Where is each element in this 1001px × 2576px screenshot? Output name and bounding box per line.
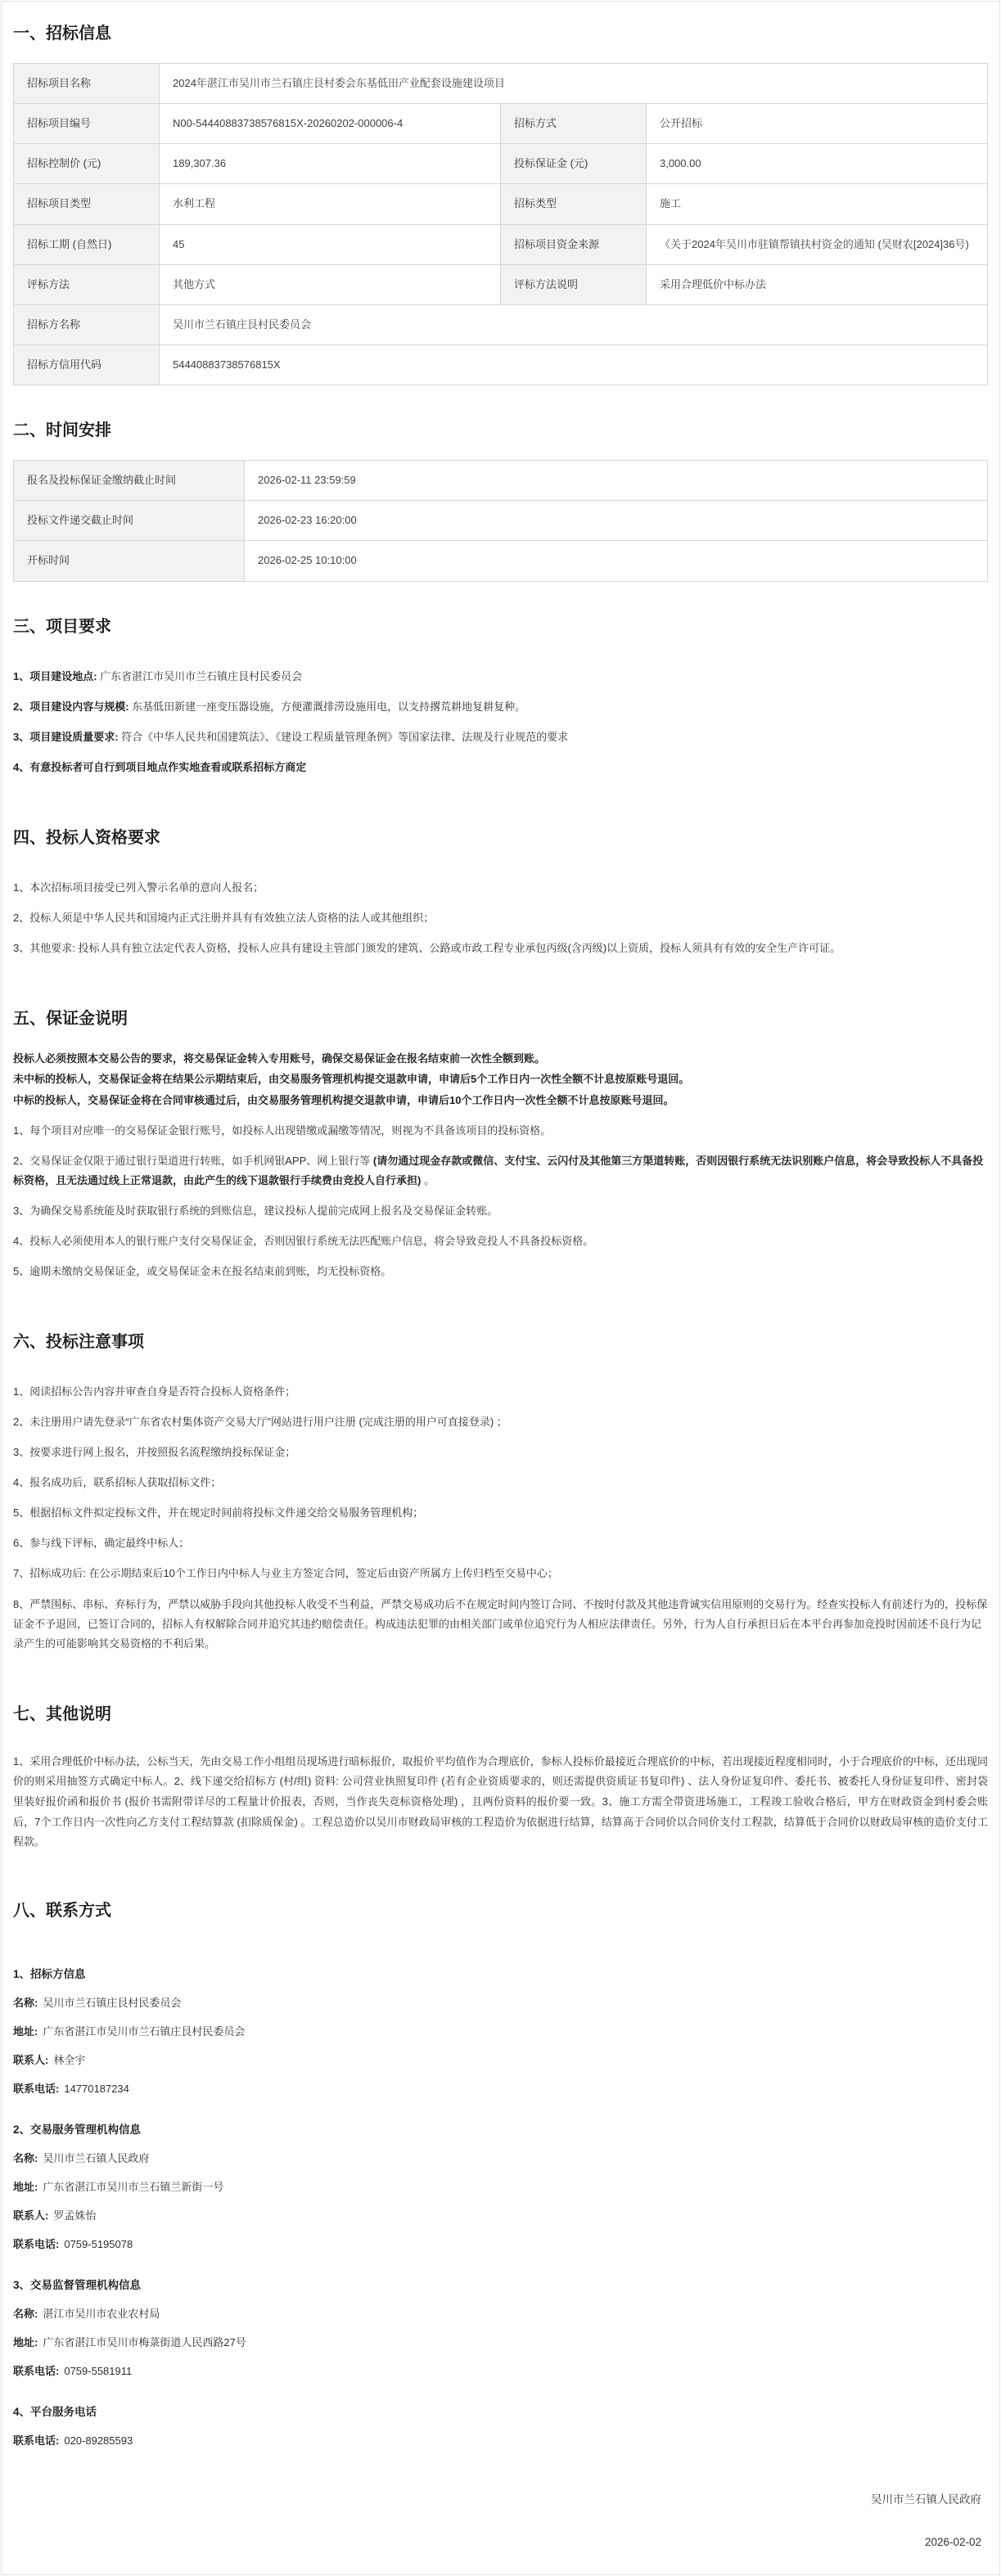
tender-announcement-page: 一、招标信息 招标项目名称 2024年湛江市吴川市兰石镇庄艮村委会东基低田产业配…	[1, 1, 1000, 2575]
field-value: 14770187234	[64, 2083, 129, 2095]
field-value: 吴川市兰石镇人民政府	[43, 2152, 149, 2164]
list-item: 3、按要求进行网上报名，并按照报名流程缴纳投标保证金；	[13, 1443, 988, 1462]
contact-block-heading: 4、平台服务电话	[13, 2403, 988, 2419]
row-value: 45	[160, 224, 501, 264]
field-value: 湛江市吴川市农业农村局	[43, 2308, 160, 2320]
contact-field: 地址:广东省湛江市吴川市兰石镇兰新街一号	[13, 2178, 988, 2194]
row-value: 2024年湛江市吴川市兰石镇庄艮村委会东基低田产业配套设施建设项目	[160, 64, 988, 104]
field-value: 020-89285593	[64, 2434, 133, 2447]
list-item: 1、阅读招标公告内容并审查自身是否符合投标人资格条件；	[13, 1382, 988, 1402]
list-item: 8、严禁围标、串标、弃标行为，严禁以威胁手段向其他投标人收受不当利益，严禁交易成…	[13, 1595, 988, 1654]
list-item: 3、其他要求: 投标人具有独立法定代表人资格，投标人应具有建设主管部门颁发的建筑…	[13, 939, 988, 958]
row-value: 吴川市兰石镇庄艮村民委员会	[160, 304, 988, 345]
contact-field: 联系电话:0759-5195078	[13, 2236, 988, 2251]
field-label: 联系电话:	[13, 2238, 59, 2250]
row-value: 2026-02-23 16:20:00	[245, 501, 988, 541]
list-item: 6、参与线下评标，确定最终中标人；	[13, 1533, 988, 1553]
row-label: 开标时间	[14, 541, 245, 581]
deposit-intro-line: 投标人必须按照本交易公告的要求，将交易保证金转入专用账号，确保交易保证金在报名结…	[13, 1048, 988, 1069]
contact-field: 联系电话:020-89285593	[13, 2432, 988, 2448]
item-text: 符合《中华人民共和国建筑法》、《建设工程质量管理条例》等国家法律、法规及行业规范…	[121, 731, 568, 743]
contact-field: 地址:广东省湛江市吴川市兰石镇庄艮村民委员会	[13, 2023, 988, 2038]
field-value: 吴川市兰石镇庄艮村民委员会	[43, 1997, 181, 2009]
section-title-other: 七、其他说明	[13, 1700, 988, 1724]
item-lead: 1、项目建设地点:	[13, 670, 100, 682]
contact-field: 名称:吴川市兰石镇人民政府	[13, 2150, 988, 2165]
field-value: 林全宇	[53, 2054, 85, 2066]
list-item: 4、投标人必须使用本人的银行账户支付交易保证金，否则因银行系统无法匹配账户信息，…	[13, 1232, 988, 1251]
row-value: 采用合理低价中标办法	[647, 264, 988, 304]
field-label: 联系电话:	[13, 2365, 59, 2377]
item-lead: 2、项目建设内容与规模:	[13, 700, 132, 713]
row-label: 评标方法说明	[501, 264, 647, 304]
contact-field: 地址:广东省湛江市吴川市梅菉街道人民西路27号	[13, 2334, 988, 2349]
footer-org: 吴川市兰石镇人民政府	[13, 2490, 981, 2506]
table-row: 投标文件递交截止时间 2026-02-23 16:20:00	[14, 501, 988, 541]
footer-date: 2026-02-02	[13, 2536, 981, 2548]
row-label: 招标项目类型	[14, 184, 160, 224]
deposit-section: 投标人必须按照本交易公告的要求，将交易保证金转入专用账号，确保交易保证金在报名结…	[13, 1048, 988, 1292]
list-item: 4、报名成功后，联系招标人获取招标文件；	[13, 1473, 988, 1493]
contact-field: 联系电话:0759-5581911	[13, 2362, 988, 2378]
section-title-bidding-notes: 六、投标注意事项	[13, 1328, 988, 1352]
row-label: 招标方式	[501, 104, 647, 144]
table-row: 招标项目名称 2024年湛江市吴川市兰石镇庄艮村委会东基低田产业配套设施建设项目	[14, 64, 988, 104]
field-value: 0759-5195078	[64, 2238, 133, 2250]
list-item: 1、项目建设地点: 广东省湛江市吴川市兰石镇庄艮村民委员会	[13, 667, 988, 687]
deposit-list: 1、每个项目对应唯一的交易保证金银行账号，如投标人出现错缴或漏缴等情况，则视为不…	[13, 1121, 988, 1281]
item-lead: 4、有意投标者可自行到项目地点作实地查看或联系招标方商定	[13, 761, 306, 773]
row-label: 招标方名称	[14, 304, 160, 345]
row-label: 招标方信用代码	[14, 345, 160, 385]
list-item: 2、交易保证金仅限于通过银行渠道进行转账，如手机网银APP、网上银行等 (请勿通…	[13, 1151, 988, 1191]
schedule-table: 报名及投标保证金缴纳截止时间 2026-02-11 23:59:59 投标文件递…	[13, 460, 988, 581]
list-item: 2、未注册用户请先登录“广东省农村集体资产交易大厅”网站进行用户注册 (完成注册…	[13, 1412, 988, 1432]
row-label: 招标类型	[501, 184, 647, 224]
table-row: 报名及投标保证金缴纳截止时间 2026-02-11 23:59:59	[14, 461, 988, 501]
section-title-project-requirements: 三、项目要求	[13, 613, 988, 637]
field-label: 地址:	[13, 2025, 38, 2038]
row-label: 招标项目资金来源	[501, 224, 647, 264]
contact-block-tenderer: 1、招标方信息 名称:吴川市兰石镇庄艮村民委员会 地址:广东省湛江市吴川市兰石镇…	[13, 1965, 988, 2096]
row-label: 招标工期 (自然日)	[14, 224, 160, 264]
tender-info-table: 招标项目名称 2024年湛江市吴川市兰石镇庄艮村委会东基低田产业配套设施建设项目…	[13, 63, 988, 385]
field-label: 名称:	[13, 2308, 38, 2320]
section-title-contacts: 八、联系方式	[13, 1897, 988, 1921]
table-row: 招标方名称 吴川市兰石镇庄艮村民委员会	[14, 304, 988, 345]
page-footer: 吴川市兰石镇人民政府 2026-02-02	[13, 2466, 988, 2556]
item-lead: 3、项目建设质量要求:	[13, 731, 121, 743]
field-value: 广东省湛江市吴川市兰石镇庄艮村民委员会	[43, 2025, 245, 2038]
item-text: 东基低田新建一座变压器设施，方便灌溉排涝设施用电，以支持撂荒耕地复耕复种。	[132, 700, 525, 713]
project-requirements-list: 1、项目建设地点: 广东省湛江市吴川市兰石镇庄艮村民委员会 2、项目建设内容与规…	[13, 656, 988, 788]
table-row: 评标方法 其他方式 评标方法说明 采用合理低价中标办法	[14, 264, 988, 304]
row-value: 3,000.00	[647, 144, 988, 184]
section-title-schedule: 二、时间安排	[13, 417, 988, 440]
row-label: 投标文件递交截止时间	[14, 501, 245, 541]
section-title-deposit: 五、保证金说明	[13, 1005, 988, 1029]
row-value: N00-54440883738576815X-20260202-000006-4	[160, 104, 501, 144]
row-value: 施工	[647, 184, 988, 224]
item-text: 。	[424, 1174, 435, 1187]
contact-block-platform: 4、平台服务电话 联系电话:020-89285593	[13, 2403, 988, 2448]
field-value: 罗孟姝怡	[53, 2209, 96, 2222]
row-label: 招标项目编号	[14, 104, 160, 144]
item-text: 广东省湛江市吴川市兰石镇庄艮村民委员会	[100, 670, 302, 682]
other-section: 1、采用合理低价中标办法，公标当天，先由交易工作小组组员现场进行暗标报价，取报价…	[13, 1744, 988, 1861]
field-label: 地址:	[13, 2181, 38, 2193]
list-item: 4、有意投标者可自行到项目地点作实地查看或联系招标方商定	[13, 758, 988, 777]
row-value: 189,307.36	[160, 144, 501, 184]
contact-block-supervision: 3、交易监督管理机构信息 名称:湛江市吴川市农业农村局 地址:广东省湛江市吴川市…	[13, 2276, 988, 2378]
section-title-qualification: 四、投标人资格要求	[13, 824, 988, 848]
table-row: 招标控制价 (元) 189,307.36 投标保证金 (元) 3,000.00	[14, 144, 988, 184]
deposit-intro-line: 中标的投标人，交易保证金将在合同审核通过后，由交易服务管理机构提交退款申请，申请…	[13, 1090, 988, 1110]
field-label: 联系人:	[13, 2209, 48, 2222]
list-item: 2、投标人须是中华人民共和国境内正式注册并具有有效独立法人资格的法人或其他组织；	[13, 908, 988, 928]
contact-field: 联系人:林全宇	[13, 2051, 988, 2067]
qualification-list: 1、本次招标项目接受已列入警示名单的意向人报名； 2、投标人须是中华人民共和国境…	[13, 867, 988, 969]
row-value: 公开招标	[647, 104, 988, 144]
contact-block-trade-service: 2、交易服务管理机构信息 名称:吴川市兰石镇人民政府 地址:广东省湛江市吴川市兰…	[13, 2120, 988, 2251]
row-value: 2026-02-25 10:10:00	[245, 541, 988, 581]
list-item: 3、项目建设质量要求: 符合《中华人民共和国建筑法》、《建设工程质量管理条例》等…	[13, 727, 988, 747]
field-value: 广东省湛江市吴川市梅菉街道人民西路27号	[43, 2336, 246, 2349]
table-row: 招标项目类型 水利工程 招标类型 施工	[14, 184, 988, 224]
field-label: 地址:	[13, 2336, 38, 2349]
item-text: 2、交易保证金仅限于通过银行渠道进行转账，如手机网银APP、网上银行等	[13, 1155, 373, 1167]
item-text: 3、为确保交易系统能及时获取银行系统的到账信息，建议投标人提前完成网上报名及交易…	[13, 1205, 498, 1217]
row-label: 投标保证金 (元)	[501, 144, 647, 184]
contact-block-heading: 3、交易监督管理机构信息	[13, 2276, 988, 2292]
list-item: 7、招标成功后: 在公示期结束后10个工作日内中标人与业主方签定合同，签定后由资…	[13, 1564, 988, 1583]
row-label: 评标方法	[14, 264, 160, 304]
item-text: 1、每个项目对应唯一的交易保证金银行账号，如投标人出现错缴或漏缴等情况，则视为不…	[13, 1124, 551, 1137]
row-label: 报名及投标保证金缴纳截止时间	[14, 461, 245, 501]
deposit-intro-line: 未中标的投标人，交易保证金将在结果公示期结束后，由交易服务管理机构提交退款申请，…	[13, 1069, 988, 1089]
field-label: 联系人:	[13, 2054, 48, 2066]
field-label: 联系电话:	[13, 2083, 59, 2095]
contact-field: 联系电话:14770187234	[13, 2080, 988, 2096]
row-label: 招标控制价 (元)	[14, 144, 160, 184]
row-label: 招标项目名称	[14, 64, 160, 104]
contact-field: 联系人:罗孟姝怡	[13, 2207, 988, 2222]
list-item: 5、根据招标文件拟定投标文件，并在规定时间前将投标文件递交给交易服务管理机构；	[13, 1503, 988, 1523]
item-text: 4、投标人必须使用本人的银行账户支付交易保证金，否则因银行系统无法匹配账户信息，…	[13, 1235, 593, 1247]
table-row: 招标工期 (自然日) 45 招标项目资金来源 《关于2024年吴川市驻镇帮镇扶村…	[14, 224, 988, 264]
field-value: 广东省湛江市吴川市兰石镇兰新街一号	[43, 2181, 223, 2193]
contact-block-heading: 2、交易服务管理机构信息	[13, 2120, 988, 2137]
table-row: 招标项目编号 N00-54440883738576815X-20260202-0…	[14, 104, 988, 144]
list-item: 5、逾期未缴纳交易保证金，或交易保证金未在报名结束前到账，均无投标资格。	[13, 1262, 988, 1281]
field-value: 0759-5581911	[64, 2365, 132, 2377]
row-value: 2026-02-11 23:59:59	[245, 461, 988, 501]
table-row: 开标时间 2026-02-25 10:10:00	[14, 541, 988, 581]
row-value: 54440883738576815X	[160, 345, 988, 385]
field-label: 名称:	[13, 2152, 38, 2164]
contact-field: 名称:湛江市吴川市农业农村局	[13, 2305, 988, 2321]
row-value: 水利工程	[160, 184, 501, 224]
item-text: 5、逾期未缴纳交易保证金，或交易保证金未在报名结束前到账，均无投标资格。	[13, 1265, 391, 1277]
table-row: 招标方信用代码 54440883738576815X	[14, 345, 988, 385]
contact-field: 名称:吴川市兰石镇庄艮村民委员会	[13, 1994, 988, 2010]
list-item: 3、为确保交易系统能及时获取银行系统的到账信息，建议投标人提前完成网上报名及交易…	[13, 1201, 988, 1221]
field-label: 名称:	[13, 1997, 38, 2009]
contact-block-heading: 1、招标方信息	[13, 1965, 988, 1981]
list-item: 1、每个项目对应唯一的交易保证金银行账号，如投标人出现错缴或漏缴等情况，则视为不…	[13, 1121, 988, 1141]
bidding-notes-list: 1、阅读招标公告内容并审查自身是否符合投标人资格条件； 2、未注册用户请先登录“…	[13, 1371, 988, 1664]
section-title-tender-info: 一、招标信息	[13, 20, 988, 43]
list-item: 2、项目建设内容与规模: 东基低田新建一座变压器设施，方便灌溉排涝设施用电，以支…	[13, 697, 988, 717]
row-value: 《关于2024年吴川市驻镇帮镇扶村资金的通知 (吴财农[2024]36号)	[647, 224, 988, 264]
contacts-section: 1、招标方信息 名称:吴川市兰石镇庄艮村民委员会 地址:广东省湛江市吴川市兰石镇…	[13, 1940, 988, 2461]
list-item: 1、本次招标项目接受已列入警示名单的意向人报名；	[13, 878, 988, 898]
other-paragraph: 1、采用合理低价中标办法，公标当天，先由交易工作小组组员现场进行暗标报价，取报价…	[13, 1752, 988, 1853]
row-value: 其他方式	[160, 264, 501, 304]
field-label: 联系电话:	[13, 2434, 59, 2447]
